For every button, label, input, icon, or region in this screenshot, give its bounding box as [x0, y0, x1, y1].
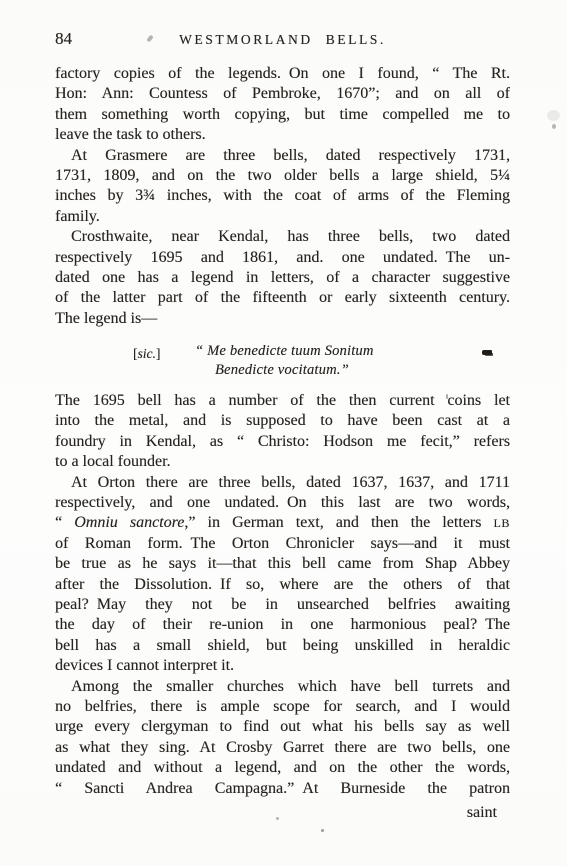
text-line: to a local founder.	[55, 452, 510, 472]
running-title: WESTMORLAND BELLS.	[55, 28, 510, 51]
text-line: of the latter part of the fifteenth or e…	[55, 288, 510, 308]
text-line: after the Dissolution. If so, where are …	[55, 575, 510, 595]
scan-speck	[446, 394, 448, 399]
text-line: of Roman form. The Orton Chronicler says…	[55, 534, 510, 554]
paragraph: The 1695 bell has a number of the then c…	[55, 391, 510, 473]
text-line: as what they sing. At Crosby Garret ther…	[55, 738, 510, 758]
text-line: undated and without a legend, and on the…	[55, 758, 510, 778]
text-line: be true as he says it—that this bell cam…	[55, 554, 510, 574]
scan-speck	[276, 817, 279, 820]
text-line: no belfries, there is ample scope for se…	[55, 697, 510, 717]
page-header: 84 WESTMORLAND BELLS.	[55, 28, 510, 52]
text-line: devices I cannot interpret it.	[55, 656, 510, 676]
text-line: inches by 3¾ inches, with the coat of ar…	[55, 186, 510, 206]
text-line: into the metal, and is supposed to have …	[55, 411, 510, 431]
text-line: respectively 1695 and 1861, and. one und…	[55, 248, 510, 268]
text: “	[55, 514, 74, 531]
scan-smudge	[547, 110, 560, 121]
paragraph-group-lower: The 1695 bell has a number of the then c…	[55, 391, 510, 799]
quote-line: Benedicte vocitatum.”	[215, 361, 510, 380]
book-page: 84 WESTMORLAND BELLS. factory copies of …	[0, 0, 567, 866]
text-line: them something worth copying, but time c…	[55, 105, 510, 125]
text-line: The legend is—	[55, 309, 510, 329]
text-line: the day of their re-union in one harmoni…	[55, 615, 510, 635]
text-line: “ Sancti Andrea Campagna.” At Burneside …	[55, 779, 510, 799]
text-line: peal? May they not be in unsearched belf…	[55, 595, 510, 615]
paragraph: Crosthwaite, near Kendal, has three bell…	[55, 227, 510, 329]
catchword: saint	[467, 804, 497, 821]
text-line: family.	[55, 207, 510, 227]
paragraph: Among the smaller churches which have be…	[55, 677, 510, 799]
text-line: bell has a small shield, but being unski…	[55, 636, 510, 656]
text-line: At Grasmere are three bells, dated respe…	[55, 146, 510, 166]
text-line: At Orton there are three bells, dated 16…	[55, 473, 510, 493]
paragraph: At Grasmere are three bells, dated respe…	[55, 146, 510, 228]
smallcaps-text: LB	[493, 516, 510, 530]
text-line: dated one has a legend in letters, of a …	[55, 268, 510, 288]
text-line: Hon: Ann: Countess of Pembroke, 1670”; a…	[55, 84, 510, 104]
paragraph: At Orton there are three bells, dated 16…	[55, 473, 510, 677]
sic-bracket-close: ]	[156, 346, 161, 361]
text-line: urge every clergyman to find out what hi…	[55, 717, 510, 737]
catchword-line: saint	[55, 803, 510, 823]
page-text-column: factory copies of the legends. On one I …	[55, 64, 510, 823]
paragraph-group-upper: factory copies of the legends. On one I …	[55, 64, 510, 329]
text-line: respectively, and one undated. On this l…	[55, 493, 510, 513]
sic-note: [sic.]	[133, 345, 160, 364]
text-line: Among the smaller churches which have be…	[55, 677, 510, 697]
text: ,” in German text, and then the letters	[184, 514, 493, 531]
text-line: 1731, 1809, and on the two older bells a…	[55, 166, 510, 186]
text-line: “ Omniu sanctore,” in German text, and t…	[55, 513, 510, 533]
text-line: The 1695 bell has a number of the then c…	[55, 391, 510, 411]
text-line: foundry in Kendal, as “ Christo: Hodson …	[55, 432, 510, 452]
paragraph: factory copies of the legends. On one I …	[55, 64, 510, 146]
ink-blot	[482, 350, 492, 355]
text-line: Crosthwaite, near Kendal, has three bell…	[55, 227, 510, 247]
latin-quote-block: [sic.] “ Me benedicte tuum Sonitum Bened…	[55, 342, 510, 379]
scan-speck	[321, 829, 324, 832]
sic-word: sic.	[138, 346, 156, 361]
page-number: 84	[55, 28, 72, 50]
text-line: factory copies of the legends. On one I …	[55, 64, 510, 84]
text-line: leave the task to others.	[55, 125, 510, 145]
scan-speck	[552, 124, 556, 129]
quote-line: “ Me benedicte tuum Sonitum	[195, 342, 510, 361]
italic-text: Omniu sanctore	[74, 514, 184, 531]
